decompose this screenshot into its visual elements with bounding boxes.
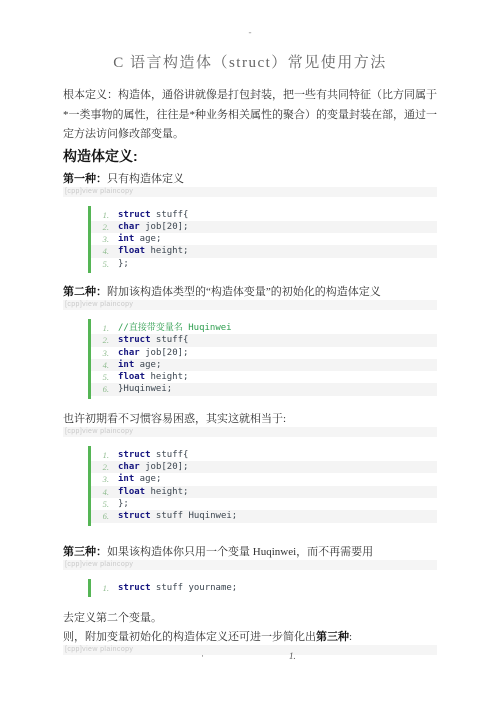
code-line: 3.char job[20]; — [91, 347, 437, 359]
code-text: struct stuff{ — [118, 334, 188, 346]
section-heading: 构造体定义: — [63, 148, 437, 164]
code-text: struct stuff{ — [118, 449, 188, 461]
section-label-3-bold: 第三种： — [63, 546, 107, 558]
code-block-3: 1.struct stuff{2.char job[20];3.int age;… — [88, 446, 437, 526]
simplify-prefix: 则，附加变量初始化的构造体定义还可进一步简化出 — [63, 631, 316, 643]
body-paragraph-equivalence: 也许初期看不习惯容易困惑，其实这就相当于: — [63, 413, 437, 425]
code-line: 2.struct stuff{ — [91, 334, 437, 346]
section-label-1-text: 只有构造体定义 — [107, 173, 184, 185]
code-line: 1.struct stuff yourname; — [91, 582, 437, 594]
code-language-bar-4: [cpp]view plaincopy — [63, 560, 437, 570]
line-number: 1. — [91, 322, 118, 334]
line-number: 2. — [91, 461, 118, 473]
line-number: 4. — [91, 486, 118, 498]
code-line: 4.float height; — [91, 245, 437, 257]
code-line: 3.int age; — [91, 233, 437, 245]
code-line: 4.float height; — [91, 486, 437, 498]
code-text: struct stuff Huqinwei; — [118, 510, 237, 522]
top-mark: - — [63, 26, 437, 38]
line-number: 1. — [91, 209, 118, 221]
code-line: 1.struct stuff{ — [91, 209, 437, 221]
code-text: float height; — [118, 245, 188, 257]
code-text: struct stuff yourname; — [118, 582, 237, 594]
code-line: 1.struct stuff{ — [91, 449, 437, 461]
code-line: 2.char job[20]; — [91, 221, 437, 233]
section-label-2-text: 附加该构造体类型的“构造体变量”的初始化的构造体定义 — [107, 286, 381, 298]
code-text: char job[20]; — [118, 461, 188, 473]
code-text: int age; — [118, 233, 161, 245]
line-number: 2. — [91, 334, 118, 346]
code-text: float height; — [118, 486, 188, 498]
line-number: 5. — [91, 258, 118, 270]
line-number: 6. — [91, 510, 118, 522]
line-number: 3. — [91, 347, 118, 359]
section-label-2-bold: 第二种： — [63, 286, 107, 298]
code-line: 5.float height; — [91, 371, 437, 383]
code-language-bar-1: [cpp]view plaincopy — [63, 187, 437, 197]
page-footer: · 1. — [0, 651, 500, 665]
line-number: 3. — [91, 233, 118, 245]
code-block-2: 1.//直接带变量名 Huqinwei2.struct stuff{3.char… — [88, 319, 437, 399]
code-line: 2.char job[20]; — [91, 461, 437, 473]
footer-dot: · — [201, 651, 204, 661]
code-text: }; — [118, 498, 129, 510]
section-label-3: 第三种：如果该构造体你只用一个变量 Huqinwei，而不再需要用 — [63, 546, 437, 558]
code-language-bar-2: [cpp]view plaincopy — [63, 300, 437, 310]
code-line: 6.struct stuff Huqinwei; — [91, 510, 437, 522]
code-line: 3.int age; — [91, 473, 437, 485]
line-number: 6. — [91, 383, 118, 395]
code-text: int age; — [118, 359, 161, 371]
section-label-3-text: 如果该构造体你只用一个变量 Huqinwei，而不再需要用 — [107, 546, 373, 558]
line-number: 5. — [91, 371, 118, 383]
line-number: 3. — [91, 473, 118, 485]
code-text: int age; — [118, 473, 161, 485]
line-number: 2. — [91, 221, 118, 233]
line-number: 4. — [91, 359, 118, 371]
code-text: float height; — [118, 371, 188, 383]
code-text: }Huqinwei; — [118, 383, 172, 395]
code-text: char job[20]; — [118, 347, 188, 359]
code-block-4: 1.struct stuff yourname; — [88, 579, 437, 597]
code-line: 1.//直接带变量名 Huqinwei — [91, 322, 437, 334]
document-page: - C 语言构造体（struct）常见使用方法 根本定义：构造体，通俗讲就像是打… — [0, 0, 500, 707]
page-title: C 语言构造体（struct）常见使用方法 — [63, 52, 437, 74]
code-language-bar-3: [cpp]view plaincopy — [63, 427, 437, 437]
code-block-1: 1.struct stuff{2.char job[20];3.int age;… — [88, 206, 437, 273]
code-text: //直接带变量名 Huqinwei — [118, 322, 232, 334]
section-label-2: 第二种：附加该构造体类型的“构造体变量”的初始化的构造体定义 — [63, 286, 437, 298]
code-line: 4.int age; — [91, 359, 437, 371]
section-label-1: 第一种：只有构造体定义 — [63, 173, 437, 185]
body-paragraph-simplify: 则，附加变量初始化的构造体定义还可进一步简化出第三种: — [63, 631, 437, 643]
body-paragraph-define-second: 去定义第二个变量。 — [63, 612, 437, 624]
line-number: 5. — [91, 498, 118, 510]
intro-paragraph: 根本定义：构造体，通俗讲就像是打包封装，把一些有共同特征（比方同属于*一类事物的… — [63, 86, 437, 145]
simplify-suffix: : — [349, 631, 352, 643]
code-text: struct stuff{ — [118, 209, 188, 221]
code-text: char job[20]; — [118, 221, 188, 233]
line-number: 1. — [91, 449, 118, 461]
page-number: 1. — [289, 651, 296, 661]
code-line: 6.}Huqinwei; — [91, 383, 437, 395]
line-number: 1. — [91, 582, 118, 594]
simplify-bold: 第三种 — [316, 631, 349, 643]
code-line: 5.}; — [91, 498, 437, 510]
code-line: 5.}; — [91, 258, 437, 270]
section-label-1-bold: 第一种： — [63, 173, 107, 185]
line-number: 4. — [91, 245, 118, 257]
code-text: }; — [118, 258, 129, 270]
